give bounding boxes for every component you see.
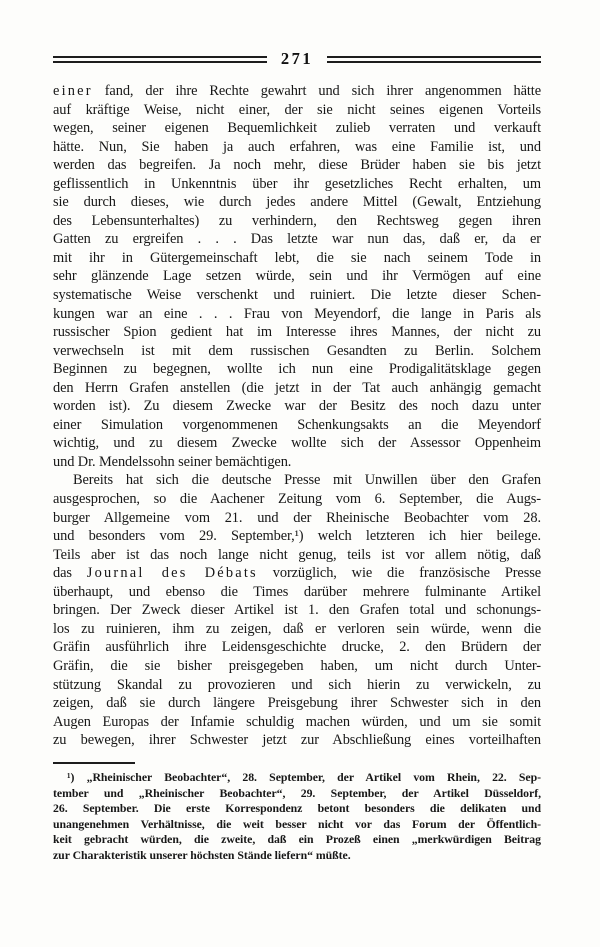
text-line: werden das begreifen. Ja noch mehr, dies… bbox=[53, 156, 541, 175]
text-segment: fand, der ihre Rechte gewahrt und sich i… bbox=[93, 83, 541, 99]
text-line: überhaupt, und ebenso die Times darüber … bbox=[53, 583, 541, 602]
text-line: systematische Weise verschenkt und ruini… bbox=[53, 286, 541, 305]
footnote-line: tember und „Rheinischer Beobachter“, 29.… bbox=[53, 786, 541, 802]
header-rule-right bbox=[327, 56, 541, 63]
text-line: wegen, seiner eigenen Bequemlichkeit zul… bbox=[53, 119, 541, 138]
footnote-line: unangenehmen Verhältnisse, die weit bess… bbox=[53, 817, 541, 833]
footnote-line: keit gebracht würden, die zweite, daß ei… bbox=[53, 832, 541, 848]
text-line: zeigen, daß sie durch längere Preisgebun… bbox=[53, 694, 541, 713]
text-line: sehr glänzende Lage setzen würde, sein u… bbox=[53, 267, 541, 286]
text-line: das Journal des Débats vorzüglich, wie d… bbox=[53, 564, 541, 583]
text-line: sie durch dieses, wie durch jedes andere… bbox=[53, 193, 541, 212]
text-line: und besonders vom 29. September,¹) welch… bbox=[53, 527, 541, 546]
text-line: den Herrn Grafen anstellen (die jetzt in… bbox=[53, 379, 541, 398]
footnote-line: zur Charakteristik unserer höchsten Stän… bbox=[53, 848, 541, 864]
text-segment: vorzüglich, wie die französische Presse bbox=[258, 565, 541, 581]
text-line: mit ihr in Gütergemeinschaft lebt, die s… bbox=[53, 249, 541, 268]
text-line: zu bewegen, ihrer Schwester jetzt zur Ab… bbox=[53, 731, 541, 750]
footnote-line: 26. September. Die erste Korrespondenz b… bbox=[53, 801, 541, 817]
text-line: ausgesprochen, so die Aachener Zeitung v… bbox=[53, 490, 541, 509]
text-line: wichtig, und zu diesem Zwecke wollte sic… bbox=[53, 434, 541, 453]
footnote-separator-rule bbox=[53, 762, 135, 764]
text-line: Bereits hat sich die deutsche Presse mit… bbox=[53, 471, 541, 490]
text-line: worden ist). Zu diesem Zwecke war der Be… bbox=[53, 397, 541, 416]
text-line: stützung Skandal zu provozieren und sich… bbox=[53, 676, 541, 695]
text-line: geflissentlich in Unkenntnis über ihr ge… bbox=[53, 175, 541, 194]
letterspaced-title: Journal des Débats bbox=[87, 565, 258, 581]
page-number: 271 bbox=[267, 51, 327, 68]
scanned-book-page: 271 einer fand, der ihre Rechte gewahrt … bbox=[0, 0, 600, 947]
text-line: russischer Spion gedient hat im Interess… bbox=[53, 323, 541, 342]
text-line: kungen war an eine . . . Frau von Meyend… bbox=[53, 305, 541, 324]
text-line: einer Simulation vorgenommenen Schenkung… bbox=[53, 416, 541, 435]
text-line: des Lebensunterhaltes) zu verhindern, de… bbox=[53, 212, 541, 231]
text-line: Beginnen zu begegnen, wollte ich nun ein… bbox=[53, 360, 541, 379]
text-line: einer fand, der ihre Rechte gewahrt und … bbox=[53, 82, 541, 101]
body-text: einer fand, der ihre Rechte gewahrt und … bbox=[53, 82, 541, 750]
text-line: verwechseln ist mit dem russischen Gesan… bbox=[53, 342, 541, 361]
text-line: und Dr. Mendelssohn seiner bemächtigen. bbox=[53, 453, 541, 472]
text-line: Augen Europas der Infamie schuldig mache… bbox=[53, 713, 541, 732]
text-line: Gatten zu ergreifen . . . Das letzte war… bbox=[53, 230, 541, 249]
text-segment: das bbox=[53, 565, 87, 581]
footnote-line: ¹) „Rheinischer Beobachter“, 28. Septemb… bbox=[53, 770, 541, 786]
text-line: Teils aber ist das noch lange nicht genu… bbox=[53, 546, 541, 565]
footnote-block: ¹) „Rheinischer Beobachter“, 28. Septemb… bbox=[53, 770, 541, 863]
letterspaced-word: einer bbox=[53, 83, 93, 99]
text-line: Gräfin ausführlich ihre Leidensgeschicht… bbox=[53, 638, 541, 657]
text-line: los zu ruinieren, ihm zu zeigen, daß er … bbox=[53, 620, 541, 639]
text-line: bringen. Der Zweck dieser Artikel ist 1.… bbox=[53, 601, 541, 620]
page-header: 271 bbox=[53, 51, 541, 68]
text-line: Gräfin, die sie bisher preisgegeben habe… bbox=[53, 657, 541, 676]
text-line: auf kräftige Weise, nicht einer, der sie… bbox=[53, 101, 541, 120]
text-line: hätte. Nun, Sie haben ja auch erfahren, … bbox=[53, 138, 541, 157]
text-line: burger Allgemeine vom 21. und der Rheini… bbox=[53, 509, 541, 528]
header-rule-left bbox=[53, 56, 267, 63]
